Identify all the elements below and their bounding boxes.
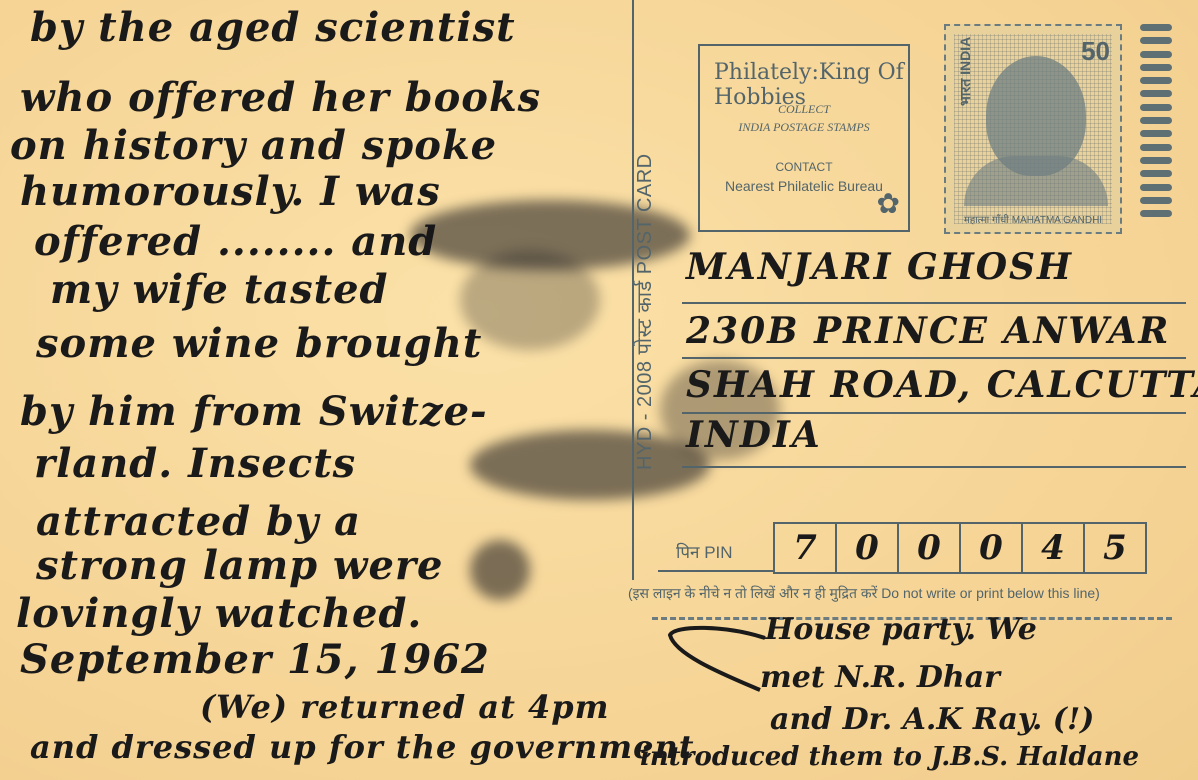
message-line: humorously. I was [20, 168, 441, 215]
pin-digit: 0 [837, 524, 899, 572]
message-date: September 15, 1962 [20, 636, 490, 683]
message-line: some wine brought [36, 320, 482, 367]
philately-box: Philately:King Of Hobbies COLLECT INDIA … [698, 44, 910, 232]
message-line: offered ........ and [34, 218, 437, 265]
pin-digit: 0 [961, 524, 1023, 572]
message-line: lovingly watched. [16, 590, 422, 637]
do-not-write-notice: (इस लाइन के नीचे न तो लिखें और न ही मुद्… [628, 584, 1100, 603]
collect-label: COLLECT [700, 100, 908, 118]
pin-digit: 4 [1023, 524, 1085, 572]
stamp-value: 50 [1081, 36, 1110, 67]
postage-stamp: 50 भारत INDIA महात्मा गाँधी MAHATMA GAND… [944, 24, 1122, 234]
message-line: rland. Insects [34, 440, 356, 487]
message-line: strong lamp were [36, 542, 443, 589]
postmark-smudge [460, 250, 600, 350]
sorting-bars [1140, 24, 1172, 223]
arrow-icon [665, 620, 775, 695]
postcard: by the aged scientist who offered her bo… [0, 0, 1198, 780]
message-line: by him from Switze- [20, 388, 488, 435]
pin-digit: 7 [775, 524, 837, 572]
philately-collect: COLLECT INDIA POSTAGE STAMPS [700, 100, 908, 136]
note-line: met N.R. Dhar [760, 660, 1000, 695]
address-country: INDIA [686, 414, 822, 456]
pin-label: पिन PIN [676, 540, 733, 563]
message-line: attracted by a [36, 498, 361, 545]
address-name: MANJARI GHOSH [686, 246, 1073, 288]
contact-label: CONTACT [700, 160, 908, 174]
note-line: House party. We [765, 612, 1037, 647]
address-rule [682, 302, 1186, 304]
postmark-smudge [470, 540, 530, 600]
collect-sub-label: INDIA POSTAGE STAMPS [700, 118, 908, 136]
note-line: and Dr. A.K Ray. (!) [770, 702, 1094, 737]
address-line: 230B PRINCE ANWAR [686, 310, 1170, 352]
message-line: who offered her books [20, 74, 541, 121]
stamp-country: भारत INDIA [956, 37, 975, 106]
address-line: SHAH ROAD, CALCUTTA [686, 364, 1198, 406]
message-line: (We) returned at 4pm [200, 688, 610, 726]
message-line: and dressed up for the government [30, 728, 695, 766]
address-rule [682, 466, 1186, 468]
postcard-side-label: HYD - 2008 पोस्ट कार्ड POST CARD [630, 153, 657, 470]
address-rule [682, 357, 1186, 359]
pin-rule [658, 570, 774, 572]
pin-digit: 0 [899, 524, 961, 572]
flower-icon: ✿ [877, 187, 900, 220]
note-line: introduced them to J.B.S. Haldane [640, 742, 1139, 772]
pin-digit: 5 [1085, 524, 1145, 572]
message-line: on history and spoke [10, 122, 497, 169]
message-line: my wife tasted [50, 266, 389, 313]
stamp-caption: महात्मा गाँधी MAHATMA GANDHI [946, 212, 1120, 226]
pin-code-boxes: 7 0 0 0 4 5 [773, 522, 1147, 574]
message-line: by the aged scientist [30, 4, 516, 51]
